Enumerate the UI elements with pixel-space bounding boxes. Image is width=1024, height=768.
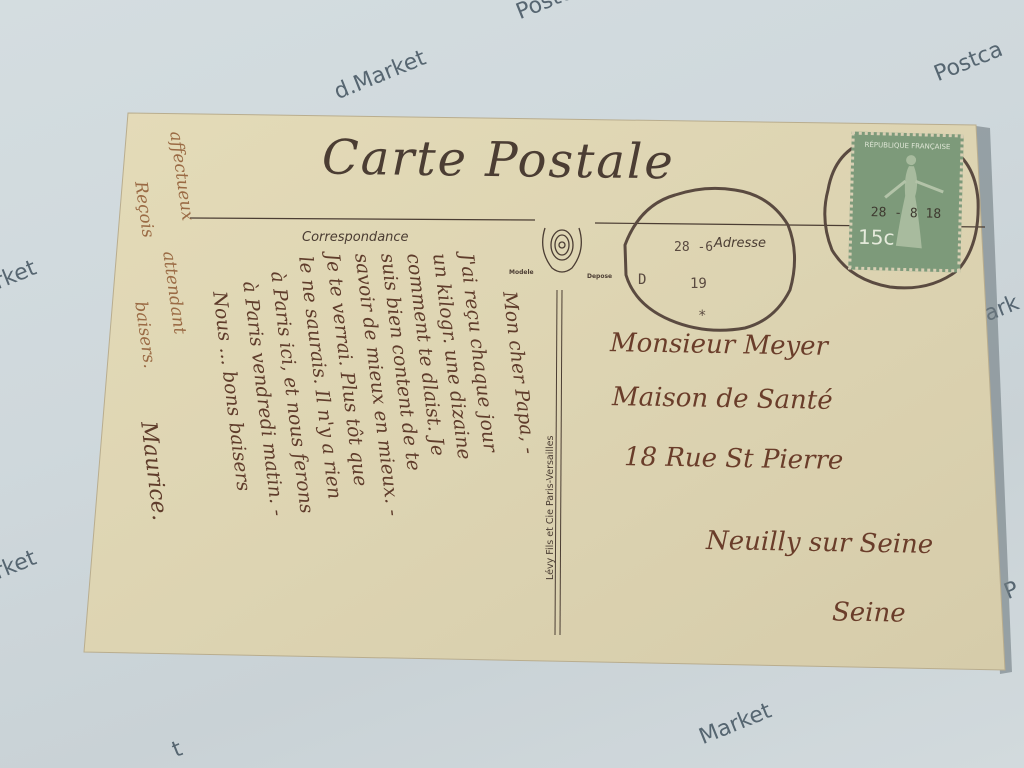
emblem-left-label: Modele [509, 269, 534, 276]
postage-stamp: RÉPUBLIQUE FRANÇAISE 15c 28 - 8 18 [848, 132, 964, 273]
postmark-year: 19 [690, 276, 707, 292]
address-line: Monsieur Meyer [610, 328, 829, 362]
stamp-value: 15c [858, 225, 895, 250]
correspondence-label: Correspondance [302, 230, 409, 245]
postcard: Carte Postale Correspondance Adresse Mod… [0, 0, 1024, 768]
address-line: Seine [832, 597, 906, 628]
address-line: Maison de Santé [612, 382, 833, 416]
address-line: Neuilly sur Seine [706, 526, 934, 560]
stamp-cancel-date: 28 - 8 18 [871, 205, 942, 222]
publisher-imprint: Lévy Fils et Cie Paris-Versailles [545, 436, 556, 580]
postmark-star: * [698, 308, 706, 324]
sower-figure-icon [851, 135, 960, 270]
emblem-right-label: Depose [587, 273, 612, 280]
postmark-date: 28 -6 [674, 240, 713, 255]
address-line: 18 Rue St Pierre [624, 442, 844, 476]
postmark-letter: D [638, 272, 646, 288]
card-title: Carte Postale [322, 130, 676, 191]
address-label: Adresse [714, 236, 766, 251]
